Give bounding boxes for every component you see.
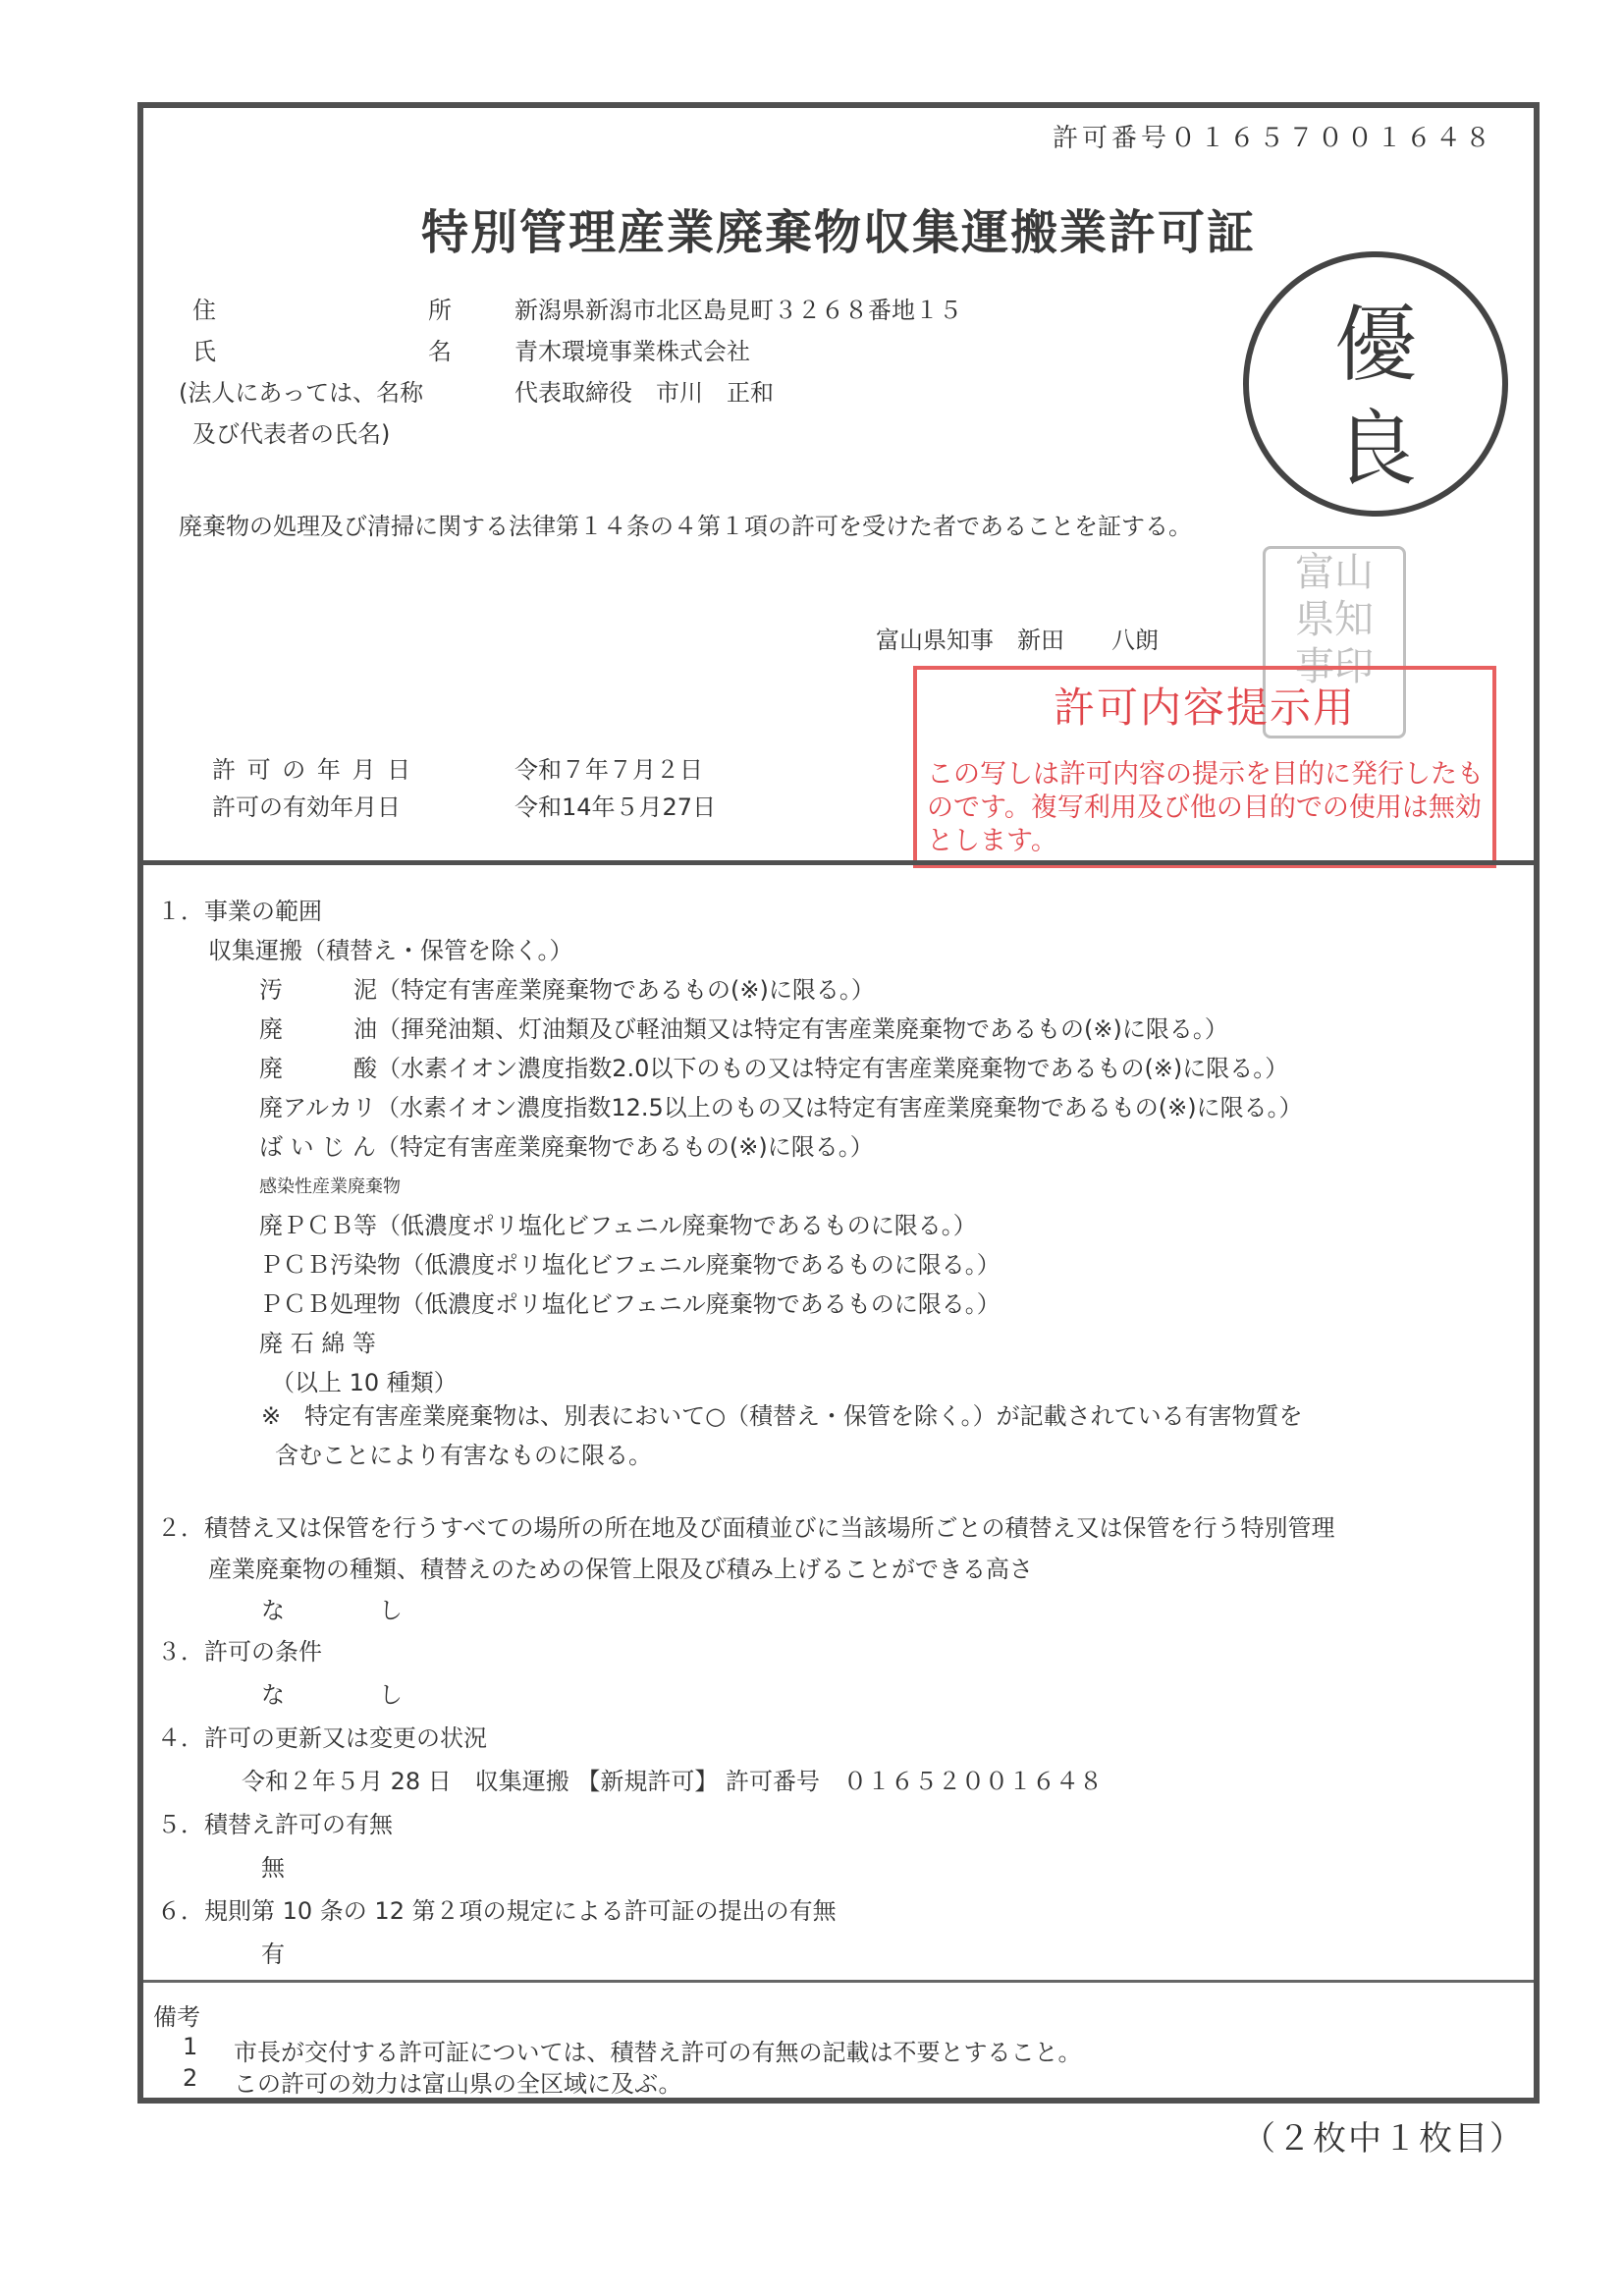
corp-note-line1: (法人にあっては、名称: [179, 373, 423, 408]
permit-date-label: 許 可 の 年 月 日: [212, 750, 412, 785]
section-5-value: 無: [261, 1848, 285, 1883]
name-label-1: 氏: [192, 332, 216, 366]
remark-num: 2: [183, 2064, 197, 2092]
name-label-2: 名: [428, 332, 452, 366]
representative: 代表取締役 市川 正和: [514, 373, 774, 408]
section-6-heading: ６．規則第 10 条の 12 第２項の規定による許可証の提出の有無: [157, 1891, 837, 1926]
permit-date: 令和７年７月２日: [514, 750, 703, 785]
address-value: 新潟県新潟市北区島見町３２６８番地１５: [514, 291, 962, 325]
issuer: 富山県知事 新田 八朗: [876, 621, 1159, 655]
section-1-sub: 収集運搬（積替え・保管を除く。）: [208, 931, 573, 965]
document-title: 特別管理産業廃棄物収集運搬業許可証: [143, 194, 1534, 262]
section-1-heading: １．事業の範囲: [157, 892, 322, 926]
remark-text: 市長が交付する許可証については、積替え許可の有無の記載は不要とすること。: [234, 2033, 1082, 2067]
waste-item: 廃 石 綿 等: [259, 1324, 376, 1358]
waste-item: 廃アルカリ（水素イオン濃度指数12.5以上のもの又は特定有害産業廃棄物であるもの…: [259, 1088, 1303, 1122]
company-name: 青木環境事業株式会社: [514, 332, 750, 366]
section-2-heading-cont: 産業廃棄物の種類、積替えのための保管上限及び積み上げることができる高さ: [208, 1550, 1033, 1584]
certificate-frame: 許可番号０１６５７００１６４８ 特別管理産業廃棄物収集運搬業許可証 優 良 住 …: [137, 102, 1540, 2104]
waste-count: （以上 10 種類）: [271, 1363, 458, 1397]
section-4-heading: ４．許可の更新又は変更の状況: [157, 1719, 487, 1753]
expiry-date: 令和14年５月27日: [514, 788, 716, 822]
presentation-only-stamp: 許可内容提示用 この写しは許可内容の提示を目的に発行したものです。複写利用及び他…: [913, 666, 1496, 868]
waste-item: 廃 酸（水素イオン濃度指数2.0以下のもの又は特定有害産業廃棄物であるもの(※)…: [259, 1049, 1288, 1083]
page-indicator: （２枚中１枚目）: [1242, 2111, 1525, 2159]
note-line-1: ※ 特定有害産業廃棄物は、別表において○（積替え・保管を除く。）が記載されている…: [261, 1396, 1303, 1431]
waste-item: 汚 泥（特定有害産業廃棄物であるもの(※)に限る。）: [259, 970, 875, 1005]
remark-text: この許可の効力は富山県の全区域に及ぶ。: [234, 2064, 681, 2099]
section-5-heading: ５．積替え許可の有無: [157, 1805, 393, 1839]
section-divider: [143, 860, 1534, 865]
waste-item: 廃 油（揮発油類、灯油類及び軽油類又は特定有害産業廃棄物であるもの(※)に限る。…: [259, 1010, 1228, 1044]
permit-number: 許可番号０１６５７００１６４８: [1053, 118, 1494, 154]
section-6-value: 有: [261, 1935, 285, 1969]
address-label-1: 住: [192, 291, 216, 325]
remarks-heading: 備考: [153, 1997, 200, 2032]
stamp-title: 許可内容提示用: [917, 676, 1492, 735]
badge-char-2: 良: [1249, 383, 1502, 502]
remarks-divider: [143, 1980, 1534, 1983]
section-4-value: 令和２年５月 28 日 収集運搬 【新規許可】 許可番号 ０１６５２００１６４８: [242, 1762, 1103, 1796]
infectious-waste: 感染性産業廃棄物: [259, 1173, 401, 1198]
certification-statement: 廃棄物の処理及び清掃に関する法律第１４条の４第１項の許可を受けた者であることを証…: [179, 507, 1192, 541]
note-line-2: 含むことにより有害なものに限る。: [275, 1436, 652, 1470]
remark-num: 1: [183, 2033, 197, 2060]
address-label-2: 所: [428, 291, 452, 325]
waste-item: ば い じ ん（特定有害産業廃棄物であるもの(※)に限る。）: [259, 1127, 874, 1162]
section-3-value: な し: [261, 1675, 403, 1710]
section-3-heading: ３．許可の条件: [157, 1632, 322, 1667]
corp-note-line2: 及び代表者の氏名): [192, 414, 390, 449]
section-2-heading: ２．積替え又は保管を行うすべての場所の所在地及び面積並びに当該場所ごとの積替え又…: [157, 1508, 1335, 1543]
excellent-badge-icon: 優 良: [1243, 251, 1508, 517]
section-2-value: な し: [261, 1591, 403, 1625]
waste-item: ＰＣＢ汚染物（低濃度ポリ塩化ビフェニル廃棄物であるものに限る。）: [259, 1245, 1001, 1280]
stamp-body: この写しは許可内容の提示を目的に発行したものです。複写利用及び他の目的での使用は…: [927, 758, 1487, 858]
expiry-date-label: 許可の有効年月日: [212, 788, 401, 822]
waste-item: ＰＣＢ処理物（低濃度ポリ塩化ビフェニル廃棄物であるものに限る。）: [259, 1285, 1001, 1319]
waste-item: 廃ＰＣＢ等（低濃度ポリ塩化ビフェニル廃棄物であるものに限る。）: [259, 1206, 977, 1240]
badge-char-1: 優: [1249, 279, 1502, 398]
